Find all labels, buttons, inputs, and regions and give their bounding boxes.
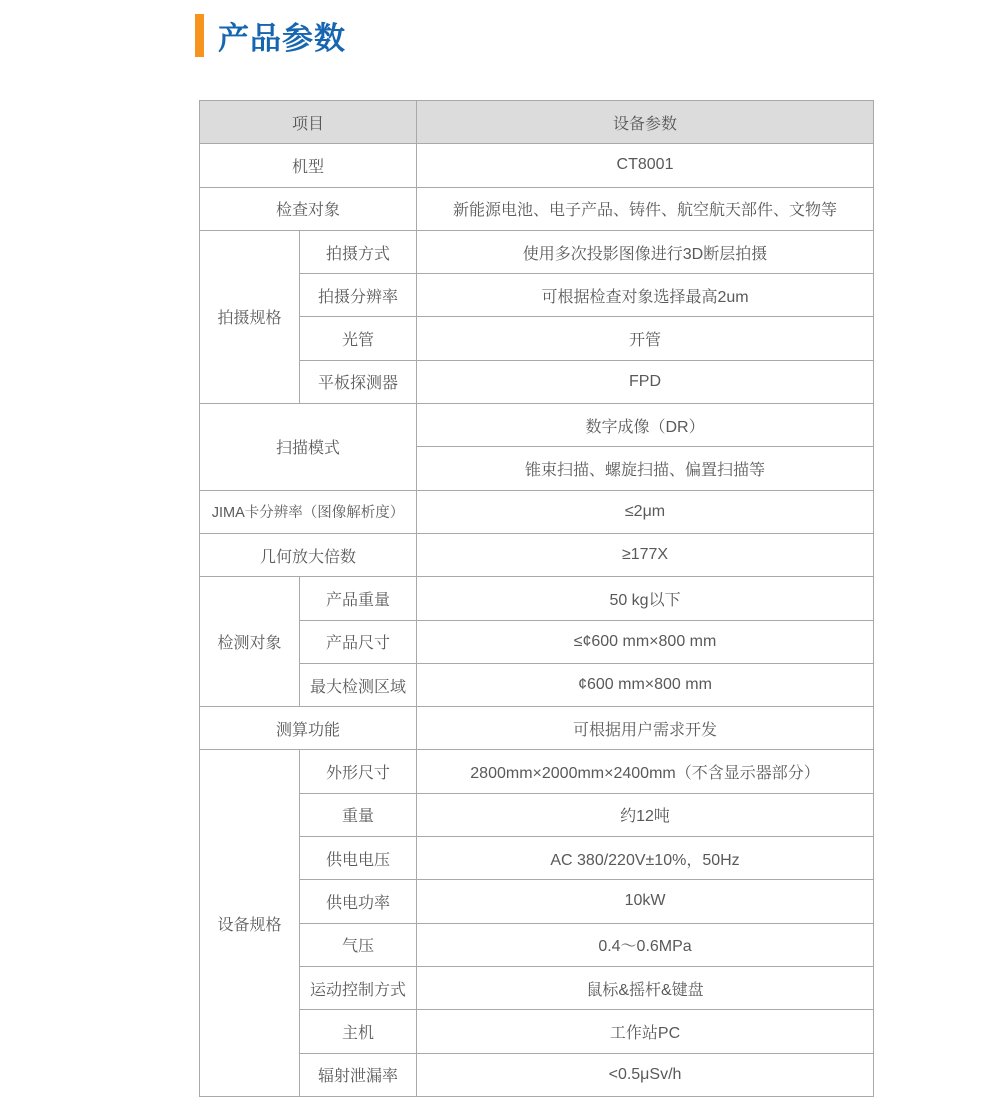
section-header: 产品参数 [195, 13, 346, 57]
calc-function-label: 测算功能 [200, 707, 417, 750]
row-weight: 重量 约12吨 [200, 793, 874, 836]
shoot-method-value: 使用多次投影图像进行3D断层拍摄 [417, 230, 874, 273]
tube-value: 开管 [417, 317, 874, 360]
row-geometric-magnification: 几何放大倍数 ≥177X [200, 533, 874, 576]
shoot-resolution-label: 拍摄分辨率 [300, 274, 417, 317]
row-max-detect-area: 最大检测区域 ¢600 mm×800 mm [200, 663, 874, 706]
product-weight-label: 产品重量 [300, 577, 417, 620]
motion-control-label: 运动控制方式 [300, 966, 417, 1009]
supply-power-value: 10kW [417, 880, 874, 923]
device-spec-group-label: 设备规格 [200, 750, 300, 1096]
flat-panel-detector-label: 平板探测器 [300, 360, 417, 403]
header-cell-value: 设备参数 [417, 101, 874, 144]
max-detect-area-value: ¢600 mm×800 mm [417, 663, 874, 706]
page-title: 产品参数 [218, 13, 346, 58]
inspect-objects-label: 检查对象 [200, 187, 417, 230]
model-value: CT8001 [417, 144, 874, 187]
host-value: 工作站PC [417, 1010, 874, 1053]
scan-mode-label: 扫描模式 [200, 404, 417, 491]
row-shoot-method: 拍摄规格 拍摄方式 使用多次投影图像进行3D断层拍摄 [200, 230, 874, 273]
scan-mode-value-types: 锥束扫描、螺旋扫描、偏置扫描等 [417, 447, 874, 490]
row-inspect-objects: 检查对象 新能源电池、电子产品、铸件、航空航天部件、文物等 [200, 187, 874, 230]
jima-resolution-label: JIMA卡分辨率（图像解析度） [200, 490, 417, 533]
jima-resolution-value: ≤2μm [417, 490, 874, 533]
supply-power-label: 供电功率 [300, 880, 417, 923]
geometric-magnification-label: 几何放大倍数 [200, 533, 417, 576]
row-shoot-resolution: 拍摄分辨率 可根据检查对象选择最高2um [200, 274, 874, 317]
weight-value: 约12吨 [417, 793, 874, 836]
row-motion-control: 运动控制方式 鼠标&摇杆&键盘 [200, 966, 874, 1009]
model-label: 机型 [200, 144, 417, 187]
radiation-leakage-label: 辐射泄漏率 [300, 1053, 417, 1096]
row-radiation-leakage: 辐射泄漏率 <0.5μSv/h [200, 1053, 874, 1096]
weight-label: 重量 [300, 793, 417, 836]
calc-function-value: 可根据用户需求开发 [417, 707, 874, 750]
air-pressure-label: 气压 [300, 923, 417, 966]
row-jima-resolution: JIMA卡分辨率（图像解析度） ≤2μm [200, 490, 874, 533]
row-product-size: 产品尺寸 ≤¢600 mm×800 mm [200, 620, 874, 663]
detect-object-group-label: 检测对象 [200, 577, 300, 707]
outer-dimensions-label: 外形尺寸 [300, 750, 417, 793]
geometric-magnification-value: ≥177X [417, 533, 874, 576]
header-cell-item: 项目 [200, 101, 417, 144]
supply-voltage-label: 供电电压 [300, 837, 417, 880]
row-air-pressure: 气压 0.4～0.6MPa [200, 923, 874, 966]
row-host: 主机 工作站PC [200, 1010, 874, 1053]
product-size-label: 产品尺寸 [300, 620, 417, 663]
row-tube: 光管 开管 [200, 317, 874, 360]
row-calc-function: 测算功能 可根据用户需求开发 [200, 707, 874, 750]
flat-panel-detector-value: FPD [417, 360, 874, 403]
shoot-spec-group-label: 拍摄规格 [200, 230, 300, 403]
tube-label: 光管 [300, 317, 417, 360]
host-label: 主机 [300, 1010, 417, 1053]
max-detect-area-label: 最大检测区域 [300, 663, 417, 706]
motion-control-value: 鼠标&摇杆&键盘 [417, 966, 874, 1009]
row-supply-power: 供电功率 10kW [200, 880, 874, 923]
inspect-objects-value: 新能源电池、电子产品、铸件、航空航天部件、文物等 [417, 187, 874, 230]
supply-voltage-value: AC 380/220V±10%，50Hz [417, 837, 874, 880]
shoot-resolution-value: 可根据检查对象选择最高2um [417, 274, 874, 317]
product-weight-value: 50 kg以下 [417, 577, 874, 620]
air-pressure-value: 0.4～0.6MPa [417, 923, 874, 966]
radiation-leakage-value: <0.5μSv/h [417, 1053, 874, 1096]
row-model: 机型 CT8001 [200, 144, 874, 187]
shoot-method-label: 拍摄方式 [300, 230, 417, 273]
row-supply-voltage: 供电电压 AC 380/220V±10%，50Hz [200, 837, 874, 880]
product-spec-table: 项目 设备参数 机型 CT8001 检查对象 新能源电池、电子产品、铸件、航空航… [199, 100, 874, 1097]
row-flat-panel-detector: 平板探测器 FPD [200, 360, 874, 403]
product-size-value: ≤¢600 mm×800 mm [417, 620, 874, 663]
row-product-weight: 检测对象 产品重量 50 kg以下 [200, 577, 874, 620]
header-row: 项目 设备参数 [200, 101, 874, 144]
scan-mode-value-dr: 数字成像（DR） [417, 404, 874, 447]
row-outer-dimensions: 设备规格 外形尺寸 2800mm×2000mm×2400mm（不含显示器部分） [200, 750, 874, 793]
title-accent-bar [195, 14, 204, 57]
outer-dimensions-value: 2800mm×2000mm×2400mm（不含显示器部分） [417, 750, 874, 793]
row-scan-mode-1: 扫描模式 数字成像（DR） [200, 404, 874, 447]
